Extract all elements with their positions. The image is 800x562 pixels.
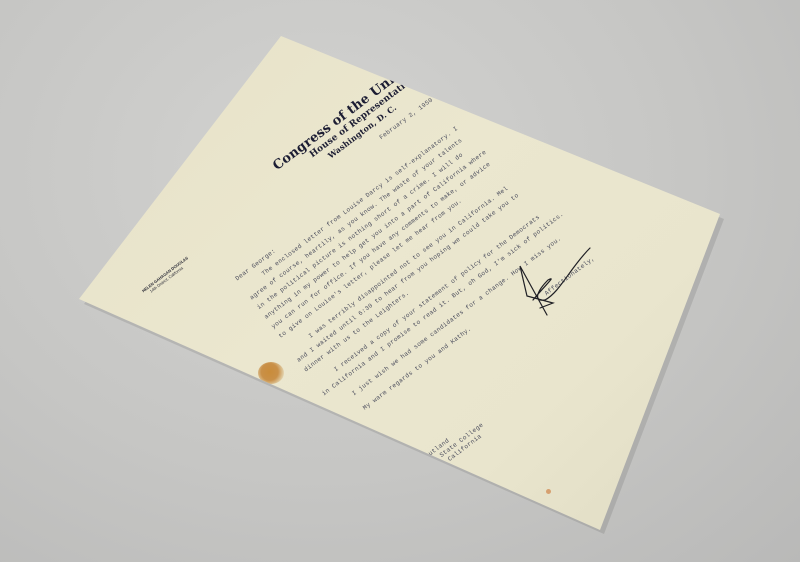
body-line: in the political picture is nothing shor…: [256, 151, 465, 311]
body-line: and I waited until 6:30 to hear from you…: [295, 192, 520, 364]
closing: Affectionately,: [543, 255, 596, 297]
stain-small: [546, 489, 551, 494]
recipient-line: San Francisco State College: [393, 421, 485, 493]
letter-paper: Congress of the United States House of R…: [0, 0, 800, 562]
letter-sheet: Congress of the United States House of R…: [142, 0, 734, 546]
sender-name: HELEN GAHAGAN DOUGLAS: [141, 255, 189, 293]
